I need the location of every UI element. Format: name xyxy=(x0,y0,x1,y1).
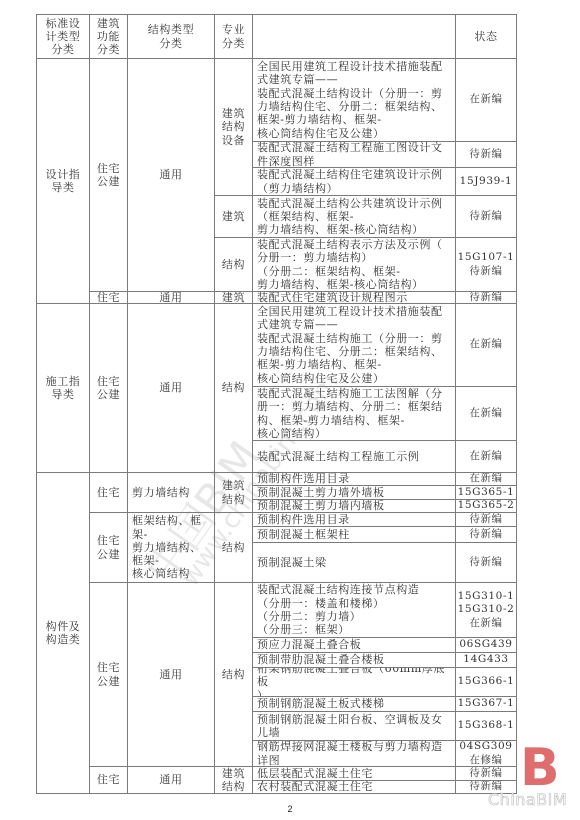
table-row-title: 低层装配式混凝土住宅 xyxy=(252,766,456,781)
status-cell: 待新编 xyxy=(455,141,517,168)
header-label: 标准设 计类型 分类 xyxy=(46,17,81,57)
header-status: 状态 xyxy=(455,14,517,59)
row-title: 装配式混凝土结构表示方法及示例（ 分册一：剪力墙结构） （分册二：框架结构、框架… xyxy=(257,238,443,291)
status-cell: 14G433 xyxy=(455,652,517,668)
category-label: 构件及 构造类 xyxy=(46,620,81,647)
status-cell: 15G366-1 xyxy=(455,667,517,697)
function-label: 住宅 公建 xyxy=(97,162,120,189)
table-row-title: 预制构件选用目录 xyxy=(252,472,456,486)
row-title: 装配式混凝土结构工程施工图设计文 件深度图样 xyxy=(257,141,443,168)
row-title: 装配式混凝土结构施工工法图解（分 册一：剪力墙结构、分册二：框架结 构、框架-剪… xyxy=(257,387,443,440)
header-label: 结构类型 分类 xyxy=(148,23,194,50)
row-title: 预制混凝土框架柱 xyxy=(257,528,350,541)
table-row-title: 全国民用建筑工程设计技术措施装配 式建筑专篇—— 装配式混凝土结构设计（分册一：… xyxy=(252,58,456,142)
row-title: 桁架钢筋混凝土叠合板（60mm厚底板 ） xyxy=(257,667,455,697)
table-row-title: 预制混凝土框架柱 xyxy=(252,526,456,543)
category-construction: 施工指 导类 xyxy=(36,303,90,473)
row-title: 低层装配式混凝土住宅 xyxy=(257,767,373,780)
discipline-components-3: 结构 xyxy=(214,582,253,767)
structure-label: 通用 xyxy=(159,773,182,786)
row-title: 装配式混凝土结构公共建筑设计示例 （框架结构、框架- 剪力墙结构、框架-核心筒结… xyxy=(257,197,443,237)
status-cell: 在新编 xyxy=(455,386,517,441)
header-design-type: 标准设 计类型 分类 xyxy=(36,14,90,59)
status-cell: 待新编 xyxy=(455,512,517,527)
table-row-title: 钢筋焊接网混凝土楼板与剪力墙构造 详图 xyxy=(252,740,456,767)
row-status: 06SG439 xyxy=(459,638,512,651)
function-label: 住宅 公建 xyxy=(97,534,120,561)
discipline-construction: 结构 xyxy=(214,303,253,473)
status-cell: 15J939-1 xyxy=(455,167,517,196)
discipline-components-2: 结构 xyxy=(214,512,253,583)
row-status: 15G366-1 xyxy=(458,675,515,688)
discipline-label: 结构 xyxy=(222,541,245,554)
structure-label: 框架结构、框 架- 剪力墙结构、 框架- 核心筒结构 xyxy=(132,514,202,580)
discipline-label: 结构 xyxy=(222,668,245,681)
discipline-label: 建筑 结构 设备 xyxy=(222,107,245,147)
structure-components-1: 剪力墙结构 xyxy=(127,472,215,513)
discipline-label: 建筑 结构 xyxy=(222,767,245,794)
status-cell: 待新编 xyxy=(455,195,517,238)
table-row-title: 预制带肋混凝土叠合楼板 xyxy=(252,652,456,668)
status-cell: 在新编 xyxy=(455,58,517,142)
row-title: 预制混凝土剪力墙内墙板 xyxy=(257,499,385,512)
discipline-components-4: 建筑 结构 xyxy=(214,766,253,794)
function-components-3: 住宅 公建 xyxy=(89,582,128,767)
header-label: 专业 分类 xyxy=(222,23,245,50)
function-label: 住宅 公建 xyxy=(97,661,120,688)
row-title: 预制构件选用目录 xyxy=(257,472,350,485)
discipline-label: 结构 xyxy=(222,381,245,394)
header-label: 建筑 功能 分类 xyxy=(97,17,120,57)
row-title: 预制构件选用目录 xyxy=(257,513,350,526)
discipline-label: 结构 xyxy=(222,258,245,271)
function-label: 住宅 公建 xyxy=(97,375,120,402)
table-row-title: 桁架钢筋混凝土叠合板（60mm厚底板 ） xyxy=(252,667,456,697)
row-title: 装配式混凝土结构工程施工示例 xyxy=(257,450,419,463)
discipline-components-1: 建筑 结构 xyxy=(214,472,253,513)
standards-table: 标准设 计类型 分类 建筑 功能 分类 结构类型 分类 专业 分类 状态 设计指… xyxy=(0,0,580,820)
row-status: 15G107-1 待新编 xyxy=(458,251,515,278)
function-label: 住宅 xyxy=(97,773,120,786)
function-label: 住宅 xyxy=(97,486,120,499)
table-row-title: 装配式混凝土结构连接节点构造 （分册一：楼盖和楼梯） （分册二：剪力墙） （分册… xyxy=(252,582,456,638)
row-status: 在新编 xyxy=(469,338,502,351)
header-structure-type: 结构类型 分类 xyxy=(127,14,215,59)
chinabim-logo: B ChinaBIM xyxy=(500,742,570,802)
row-title: 预应力混凝土叠合板 xyxy=(257,638,361,651)
status-cell: 15G365-2 xyxy=(455,499,517,513)
status-cell: 06SG439 xyxy=(455,637,517,653)
row-title: 预制混凝土梁 xyxy=(257,556,327,569)
discipline-label: 建筑 xyxy=(222,210,245,223)
discipline-design-1: 建筑 结构 设备 xyxy=(214,58,253,196)
status-cell: 待新编 xyxy=(455,526,517,543)
category-label: 设计指 导类 xyxy=(46,168,81,195)
structure-label: 剪力墙结构 xyxy=(132,486,190,499)
table-row-title: 装配式混凝土结构工程施工示例 xyxy=(252,440,456,473)
status-cell: 15G367-1 xyxy=(455,696,517,712)
category-label: 施工指 导类 xyxy=(46,375,81,402)
row-status: 15G365-1 xyxy=(458,486,515,499)
table-row-title: 装配式混凝土结构工程施工图设计文 件深度图样 xyxy=(252,141,456,168)
row-title: 全国民用建筑工程设计技术措施装配 式建筑专篇—— 装配式混凝土结构施工（分册一：… xyxy=(257,305,443,385)
status-cell: 15G368-1 xyxy=(455,711,517,741)
function-components-1: 住宅 xyxy=(89,472,128,513)
table-row-title: 预制混凝土梁 xyxy=(252,542,456,583)
row-status: 在新编 xyxy=(469,93,502,106)
table-row-title: 预制混凝土剪力墙内墙板 xyxy=(252,499,456,513)
structure-construction: 通用 xyxy=(127,303,215,473)
row-title: 装配式混凝土结构连接节点构造 （分册一：楼盖和楼梯） （分册二：剪力墙） （分册… xyxy=(257,583,419,636)
structure-label: 通用 xyxy=(159,381,182,394)
category-design: 设计指 导类 xyxy=(36,58,90,304)
row-status: 15G367-1 xyxy=(458,697,515,710)
structure-components-2: 框架结构、框 架- 剪力墙结构、 框架- 核心筒结构 xyxy=(127,512,215,583)
table-row-title: 农村装配式混凝土住宅 xyxy=(252,780,456,794)
discipline-label: 建筑 结构 xyxy=(222,479,245,506)
structure-label: 通用 xyxy=(159,168,182,181)
logo-b-icon: B xyxy=(520,742,560,794)
status-cell: 待新编 xyxy=(455,542,517,583)
table-row-title: 装配式混凝土结构表示方法及示例（ 分册一：剪力墙结构） （分册二：框架结构、框架… xyxy=(252,237,456,292)
row-title: 预制混凝土剪力墙外墙板 xyxy=(257,486,385,499)
row-status: 待新编 xyxy=(469,556,502,569)
structure-design: 通用 xyxy=(127,58,215,292)
structure-components-3: 通用 xyxy=(127,582,215,767)
row-status: 待新编 xyxy=(469,513,502,526)
function-components-2: 住宅 公建 xyxy=(89,512,128,583)
header-label: 状态 xyxy=(474,30,497,43)
status-cell: 15G107-1 待新编 xyxy=(455,237,517,292)
row-status: 15G365-2 xyxy=(458,499,515,512)
status-cell: 15G365-1 xyxy=(455,485,517,500)
table-row-title: 预制构件选用目录 xyxy=(252,512,456,527)
row-status: 待新编 xyxy=(469,767,502,780)
row-status: 15G368-1 xyxy=(458,719,515,732)
row-title: 全国民用建筑工程设计技术措施装配 式建筑专篇—— 装配式混凝土结构设计（分册一：… xyxy=(257,60,443,140)
row-status: 在新编 xyxy=(469,407,502,420)
table-row-title: 预应力混凝土叠合板 xyxy=(252,637,456,653)
row-status: 在新编 xyxy=(469,472,502,485)
header-title xyxy=(252,14,456,59)
discipline-design-2: 建筑 xyxy=(214,195,253,238)
row-title: 预制带肋混凝土叠合楼板 xyxy=(257,653,385,666)
status-cell: 在新编 xyxy=(455,440,517,473)
status-cell: 在新编 xyxy=(455,303,517,387)
structure-components-4: 通用 xyxy=(127,766,215,794)
page-number: 2 xyxy=(0,804,580,814)
table-row-title: 装配式混凝土结构公共建筑设计示例 （框架结构、框架- 剪力墙结构、框架-核心筒结… xyxy=(252,195,456,238)
row-title: 预制钢筋混凝土板式楼梯 xyxy=(257,697,385,710)
row-status: 待新编 xyxy=(469,528,502,541)
table-row-title: 装配式混凝土结构施工工法图解（分 册一：剪力墙结构、分册二：框架结 构、框架-剪… xyxy=(252,386,456,441)
status-cell: 在新编 xyxy=(455,472,517,486)
row-title: 农村装配式混凝土住宅 xyxy=(257,780,373,793)
structure-label: 通用 xyxy=(159,668,182,681)
row-title: 预制钢筋混凝土阳台板、空调板及女 儿墙 xyxy=(257,713,443,740)
row-status: 15G310-1 15G310-2 在新编 xyxy=(458,590,515,630)
header-function: 建筑 功能 分类 xyxy=(89,14,128,59)
row-status: 14G433 xyxy=(463,653,508,666)
row-status: 待新编 xyxy=(469,210,502,223)
function-construction: 住宅 公建 xyxy=(89,303,128,473)
category-components: 构件及 构造类 xyxy=(36,472,90,794)
row-title: 装配式混凝土结构住宅建筑设计示例 （剪力墙结构） xyxy=(257,168,443,195)
function-components-4: 住宅 xyxy=(89,766,128,794)
table-row-title: 全国民用建筑工程设计技术措施装配 式建筑专篇—— 装配式混凝土结构施工（分册一：… xyxy=(252,303,456,387)
table-row-title: 预制混凝土剪力墙外墙板 xyxy=(252,485,456,500)
table-row-title: 预制钢筋混凝土阳台板、空调板及女 儿墙 xyxy=(252,711,456,741)
row-title: 钢筋焊接网混凝土楼板与剪力墙构造 详图 xyxy=(257,740,443,767)
header-discipline: 专业 分类 xyxy=(214,14,253,59)
row-status: 在新编 xyxy=(469,450,502,463)
table-row-title: 预制钢筋混凝土板式楼梯 xyxy=(252,696,456,712)
function-design: 住宅 公建 xyxy=(89,58,128,292)
status-cell: 15G310-1 15G310-2 在新编 xyxy=(455,582,517,638)
row-status: 待新编 xyxy=(469,148,502,161)
table-row-title: 装配式混凝土结构住宅建筑设计示例 （剪力墙结构） xyxy=(252,167,456,196)
discipline-design-3: 结构 xyxy=(214,237,253,292)
row-status: 15J939-1 xyxy=(460,175,513,188)
